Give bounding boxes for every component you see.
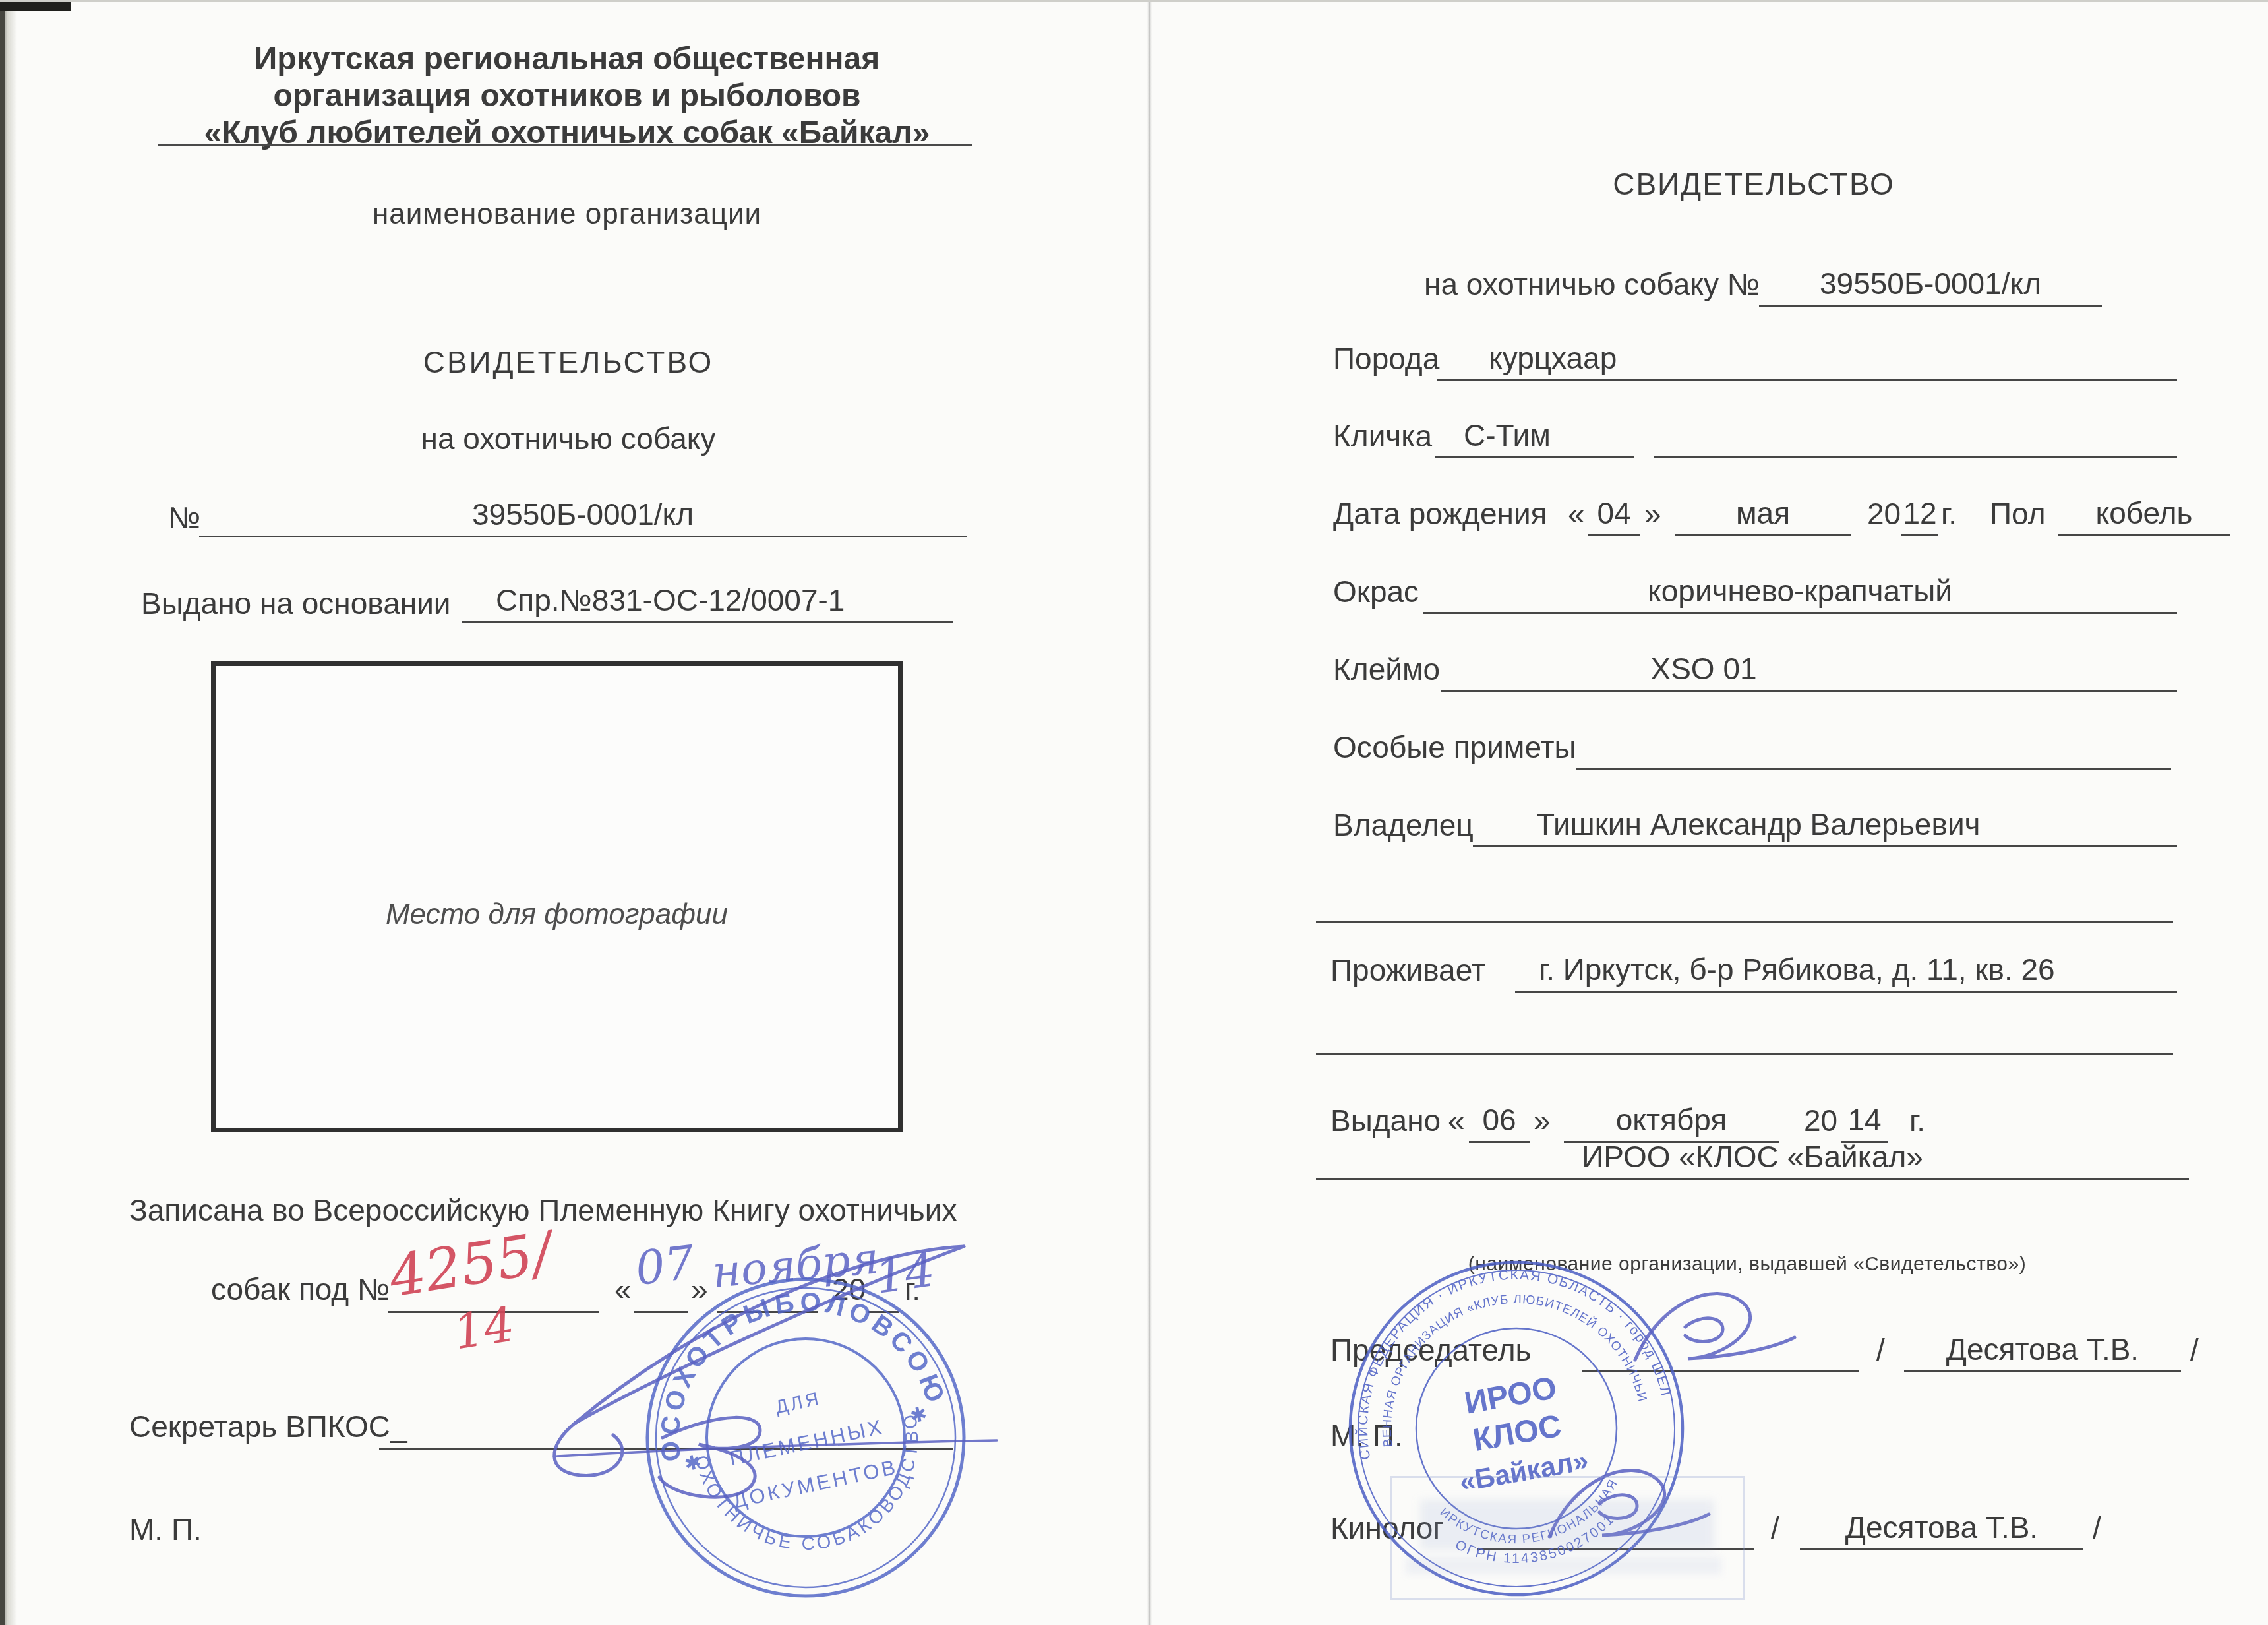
name-value: С-Тим: [1435, 417, 1634, 453]
chairman-signature-line: [1582, 1328, 1859, 1372]
chairman-slash-2: /: [2190, 1332, 2199, 1368]
cynologist-name-line: Десятова Т.В.: [1800, 1506, 2083, 1550]
residence-value: г. Иркутск, б-р Рябикова, д. 11, кв. 26: [1515, 952, 2177, 987]
basis-label: Выдано на основании: [141, 586, 451, 621]
issued-year-suffix: г.: [1909, 1103, 1925, 1138]
blank-line-2: [1316, 1010, 2173, 1055]
sex-value: кобель: [2058, 495, 2230, 531]
dob-day-line: 04: [1588, 492, 1640, 536]
photo-placeholder: Место для фотографии: [216, 898, 898, 931]
dob-quote-close: »: [1644, 496, 1661, 532]
issued-quote-close: »: [1534, 1103, 1551, 1138]
issued-month: октября: [1564, 1102, 1779, 1138]
mp-right: М. П.: [1330, 1418, 1403, 1454]
registry-day-handwritten: 07: [632, 1235, 697, 1296]
chairman-name-line: Десятова Т.В.: [1904, 1328, 2181, 1372]
dob-year-suffix: г.: [1941, 496, 1957, 532]
issued-year-prefix: 20: [1804, 1103, 1837, 1138]
name-label: Кличка: [1333, 418, 1432, 454]
sex-line: кобель: [2058, 492, 2230, 536]
org-name-rule: [158, 144, 972, 146]
dob-year-prefix: 20: [1867, 496, 1901, 532]
color-value: коричнево-крапчатый: [1423, 573, 2177, 609]
cynologist-name: Десятова Т.В.: [1800, 1510, 2083, 1545]
page-fold: [1147, 0, 1152, 1625]
right-number-value: 39550Б-0001/кл: [1759, 266, 2102, 301]
cynologist-slash-2: /: [2093, 1510, 2101, 1546]
dob-year: 12: [1901, 495, 1938, 531]
sex-label: Пол: [1990, 496, 2045, 532]
breed-line: курцхаар: [1437, 337, 2177, 381]
day-quote-open: «: [614, 1272, 632, 1307]
issuer-caption: (наименование организации, выдавшей «Сви…: [1391, 1253, 2103, 1275]
name-line2: [1654, 414, 2177, 458]
basis-line: Спр.№831-ОС-12/0007-1: [462, 579, 953, 623]
owner-label: Владелец: [1333, 807, 1474, 843]
registry-number-denominator-handwritten: 14: [450, 1296, 518, 1360]
issued-quote-open: «: [1448, 1103, 1465, 1138]
right-number-label: на охотничью собаку №: [1424, 266, 1760, 302]
cynologist-slash-1: /: [1771, 1510, 1779, 1546]
residence-line: г. Иркутск, б-р Рябикова, д. 11, кв. 26: [1515, 948, 2177, 993]
org-name-line2: организация охотников и рыболовов: [165, 78, 969, 114]
breed-value: курцхаар: [1437, 340, 2177, 376]
marks-label: Особые приметы: [1333, 729, 1576, 765]
registry-year-handwritten: 14: [872, 1242, 938, 1304]
marks-line: [1576, 725, 2171, 770]
name-line: С-Тим: [1435, 414, 1634, 458]
dob-day: 04: [1588, 495, 1640, 531]
photo-box: Место для фотографии: [211, 661, 903, 1132]
scan-edge-top: [0, 0, 2268, 2]
color-line: коричнево-крапчатый: [1423, 570, 2177, 614]
brand-label: Клеймо: [1333, 652, 1440, 687]
mp-left: М. П.: [129, 1512, 202, 1547]
issued-day: 06: [1469, 1102, 1530, 1138]
stamp-right-center-line1: ИРОО: [1462, 1370, 1559, 1421]
number-value: 39550Б-0001/кл: [199, 497, 967, 532]
stamp-right-center-line2: КЛОС: [1470, 1409, 1564, 1459]
bleed-through-stamp: [1390, 1476, 1745, 1600]
scanned-certificate: Иркутская региональная общественная орга…: [0, 0, 2268, 1625]
blank-line-1: [1316, 878, 2173, 923]
issuer-line: ИРОО «КЛОС «Байкал»: [1316, 1136, 2189, 1180]
chairman-slash-1: /: [1876, 1332, 1885, 1368]
right-title: СВИДЕТЕЛЬСТВО: [1490, 166, 2017, 202]
owner-line: Тишкин Александр Валерьевич: [1473, 803, 2177, 847]
secretary-line: [379, 1406, 953, 1450]
basis-value: Спр.№831-ОС-12/0007-1: [462, 582, 953, 618]
chairman-name: Десятова Т.В.: [1904, 1332, 2181, 1367]
stamp-left-center-line3: ДОКУМЕНТОВ: [731, 1455, 900, 1512]
dob-year-line: 12: [1901, 492, 1938, 536]
number-line: 39550Б-0001/кл: [199, 493, 967, 537]
issuer-value: ИРОО «КЛОС «Байкал»: [1316, 1139, 2189, 1175]
org-name-caption: наименование организации: [165, 198, 969, 231]
org-name-line1: Иркутская региональная общественная: [165, 41, 969, 77]
number-label: №: [168, 500, 200, 536]
issued-label: Выдано: [1330, 1103, 1441, 1138]
left-title: СВИДЕТЕЛЬСТВО: [173, 344, 964, 380]
dob-quote-open: «: [1568, 496, 1585, 532]
left-subtitle: на охотничью собаку: [173, 421, 964, 456]
breed-label: Порода: [1333, 341, 1439, 377]
scan-edge-line: [0, 0, 5, 1625]
secretary-label: Секретарь ВПКОС_: [129, 1409, 407, 1444]
stamp-left-star-left: ✱: [682, 1451, 703, 1476]
dob-month: мая: [1675, 495, 1851, 531]
brand-value: XSO 01: [1441, 651, 1966, 687]
registry-line2-label: собак под №: [211, 1272, 390, 1307]
owner-value: Тишкин Александр Валерьевич: [1473, 807, 2177, 842]
issued-year: 14: [1841, 1102, 1888, 1138]
dob-label: Дата рождения: [1333, 496, 1547, 532]
residence-label: Проживает: [1330, 952, 1485, 988]
dob-month-line: мая: [1675, 492, 1851, 536]
brand-line: XSO 01: [1441, 648, 2177, 692]
chairman-label: Председатель: [1330, 1332, 1531, 1368]
color-label: Окрас: [1333, 574, 1419, 609]
right-number-line: 39550Б-0001/кл: [1759, 262, 2102, 307]
